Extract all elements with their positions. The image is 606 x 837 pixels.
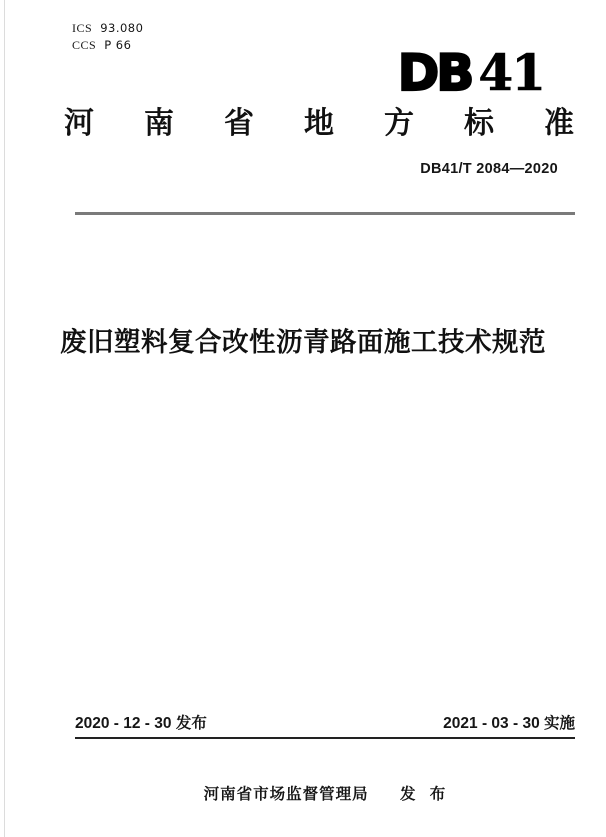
classification-codes: ICS93.080 CCSP 66: [72, 20, 143, 54]
db41-logo-db: DB: [398, 48, 472, 98]
db41-logo-number: 41: [478, 48, 544, 98]
dates-row: 2020 - 12 - 30 发布 2021 - 03 - 30 实施: [75, 711, 575, 733]
publisher-name: 河南省市场监督管理局: [204, 786, 369, 803]
publish-label: 发 布: [400, 786, 446, 803]
ics-label: ICS: [72, 21, 92, 35]
document-title: 废旧塑料复合改性沥青路面施工技术规范: [53, 324, 553, 360]
issue-date: 2020 - 12 - 30 发布: [75, 711, 207, 733]
standard-number: DB41/T 2084—2020: [420, 161, 558, 177]
standard-cover-page: ICS93.080 CCSP 66 DB 41 河南省地方标准 DB41/T 2…: [0, 0, 606, 837]
ccs-line: CCSP 66: [72, 37, 143, 54]
db41-logo: DB 41: [398, 48, 544, 98]
page-edge-line: [4, 0, 5, 837]
standard-type-heading: 河南省地方标准: [64, 104, 606, 144]
ccs-code: P 66: [104, 38, 131, 52]
footer-divider: [75, 737, 575, 739]
publisher-row: 河南省市场监督管理局 发 布: [75, 782, 575, 804]
ccs-label: CCS: [72, 38, 96, 52]
implementation-date: 2021 - 03 - 30 实施: [443, 711, 575, 733]
ics-line: ICS93.080: [72, 20, 143, 37]
header-divider: [75, 212, 575, 215]
ics-code: 93.080: [100, 21, 143, 35]
